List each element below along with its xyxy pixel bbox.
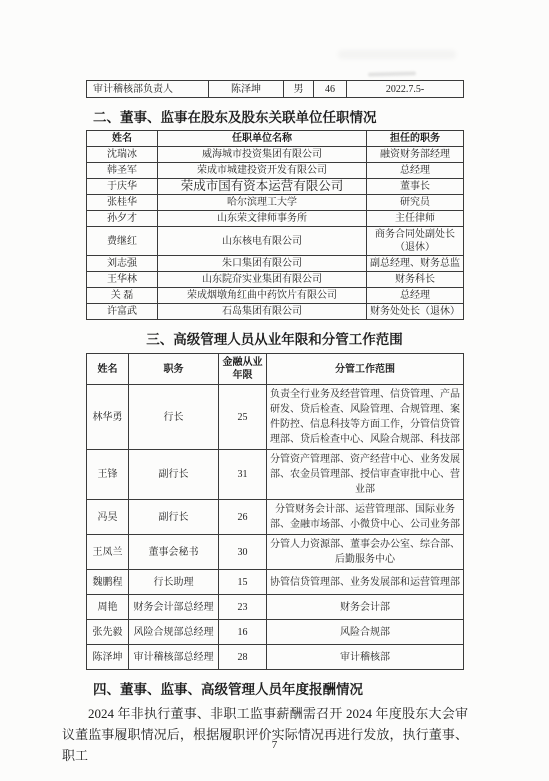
table-cell: 王华林 — [87, 272, 158, 288]
table-cell: 主任律师 — [367, 211, 464, 227]
table-cell: 韩圣军 — [87, 163, 158, 179]
table-cell: 风险合规部 — [267, 620, 464, 645]
table-cell: 周艳 — [87, 595, 129, 620]
table-cell: 审计稽核部负责人 — [87, 81, 209, 98]
table-cell: 研究员 — [367, 195, 464, 211]
table-cell: 46 — [314, 81, 347, 98]
table-cell: 山东核电有限公司 — [158, 227, 367, 256]
table-row: 张先毅风险合规部总经理16风险合规部 — [87, 620, 464, 645]
table-cell: 总经理 — [367, 288, 464, 304]
header-row: 姓名职务金融从业年限分管工作范围 — [87, 354, 464, 385]
table-row: 沈瑞冰威海城市投资集团有限公司融资财务部经理 — [87, 147, 464, 163]
table-cell: 王锋 — [87, 450, 129, 500]
table-cell: 男 — [284, 81, 314, 98]
table-cell: 费继红 — [87, 227, 158, 256]
senior-management-table: 姓名职务金融从业年限分管工作范围林华勇行长25负责全行业务及经营管理、信贷管理、… — [86, 353, 464, 670]
scan-smudge — [338, 50, 456, 59]
table-cell: 沈瑞冰 — [87, 147, 158, 163]
column-header: 分管工作范围 — [267, 354, 464, 385]
table-cell: 30 — [219, 535, 267, 570]
table-cell: 商务合同处副处长 （退休） — [367, 227, 464, 256]
table-cell: 山东院夼实业集团有限公司 — [158, 272, 367, 288]
table-cell: 孙夕才 — [87, 211, 158, 227]
table-cell: 31 — [219, 450, 267, 500]
table-row: 孙夕才山东荣文律师事务所主任律师 — [87, 211, 464, 227]
table-cell: 行长 — [129, 385, 219, 450]
table-cell: 分管资产管理部、资产经营中心、业务发展部、农金员管理部、授信审查审批中心、营业部 — [267, 450, 464, 500]
table-cell: 融资财务部经理 — [367, 147, 464, 163]
table-cell: 许富武 — [87, 304, 158, 320]
table-row: 王华林山东院夼实业集团有限公司财务科长 — [87, 272, 464, 288]
table-cell: 威海城市投资集团有限公司 — [158, 147, 367, 163]
table-cell: 石岛集团有限公司 — [158, 304, 367, 320]
table-row: 于庆华荣成市国有资本运营有限公司董事长 — [87, 179, 464, 195]
table-row: 许富武石岛集团有限公司财务处处长（退休） — [87, 304, 464, 320]
table-row: 刘志强朱口集团有限公司副总经理、财务总监 — [87, 256, 464, 272]
remuneration-paragraph: 2024 年非执行董事、非职工监事薪酬需召开 2024 年度股东大会审议董监事履… — [62, 703, 468, 766]
section-two-title: 二、董事、监事在股东及股东关联单位任职情况 — [86, 106, 463, 126]
table-cell: 董事会秘书 — [129, 535, 219, 570]
table-cell: 副行长 — [129, 450, 219, 500]
column-header: 担任的职务 — [367, 131, 464, 147]
section-three-title: 三、高级管理人员从业年限和分管工作范围 — [86, 328, 463, 348]
audit-officer-row-table: 审计稽核部负责人陈泽坤男462022.7.5- — [86, 80, 464, 98]
table-row: 王凤兰董事会秘书30分管人力资源部、董事会办公室、综合部、后勤服务中心 — [87, 535, 464, 570]
scan-smudge — [368, 71, 416, 76]
table-cell: 15 — [219, 570, 267, 595]
column-header: 任职单位名称 — [158, 131, 367, 147]
table-cell: 荣成市城建投资开发有限公司 — [158, 163, 367, 179]
table-cell: 陈泽坤 — [209, 81, 284, 98]
table-cell: 朱口集团有限公司 — [158, 256, 367, 272]
table-cell: 荣成市国有资本运营有限公司 — [158, 179, 367, 195]
table-cell: 于庆华 — [87, 179, 158, 195]
table-cell: 副总经理、财务总监 — [367, 256, 464, 272]
table-cell: 审计稽核部 — [267, 645, 464, 670]
table-cell: 总经理 — [367, 163, 464, 179]
page-number: 7 — [0, 739, 549, 751]
table-row: 审计稽核部负责人陈泽坤男462022.7.5- — [87, 81, 464, 98]
document-page: 审计稽核部负责人陈泽坤男462022.7.5- 二、董事、监事在股东及股东关联单… — [0, 0, 549, 781]
column-header: 职务 — [129, 354, 219, 385]
table-cell: 分管财务会计部、运营管理部、国际业务部、金融市场部、小微贷中心、公司业务部 — [267, 500, 464, 535]
table-cell: 财务科长 — [367, 272, 464, 288]
table-cell: 风险合规部总经理 — [129, 620, 219, 645]
table-row: 费继红山东核电有限公司商务合同处副处长 （退休） — [87, 227, 464, 256]
table-row: 张桂华哈尔滨理工大学研究员 — [87, 195, 464, 211]
table-cell: 审计稽核部总经理 — [129, 645, 219, 670]
table-cell: 2022.7.5- — [347, 81, 464, 98]
table-row: 魏鹏程行长助理15协管信贷管理部、业务发展部和运营管理部 — [87, 570, 464, 595]
table-cell: 冯昊 — [87, 500, 129, 535]
table-cell: 刘志强 — [87, 256, 158, 272]
table-cell: 张桂华 — [87, 195, 158, 211]
table-cell: 16 — [219, 620, 267, 645]
table-cell: 28 — [219, 645, 267, 670]
shareholder-positions-table: 姓名任职单位名称担任的职务沈瑞冰威海城市投资集团有限公司融资财务部经理韩圣军荣成… — [86, 130, 464, 320]
table-row: 冯昊副行长26分管财务会计部、运营管理部、国际业务部、金融市场部、小微贷中心、公… — [87, 500, 464, 535]
table-cell: 25 — [219, 385, 267, 450]
table-row: 关 磊荣成烟墩角红曲中药饮片有限公司总经理 — [87, 288, 464, 304]
table-row: 韩圣军荣成市城建投资开发有限公司总经理 — [87, 163, 464, 179]
table-cell: 山东荣文律师事务所 — [158, 211, 367, 227]
section-four-title: 四、董事、监事、高级管理人员年度报酬情况 — [86, 678, 463, 698]
table-cell: 财务会计部总经理 — [129, 595, 219, 620]
table-cell: 张先毅 — [87, 620, 129, 645]
table-cell: 副行长 — [129, 500, 219, 535]
table-row: 陈泽坤审计稽核部总经理28审计稽核部 — [87, 645, 464, 670]
table-row: 王锋副行长31分管资产管理部、资产经营中心、业务发展部、农金员管理部、授信审查审… — [87, 450, 464, 500]
header-row: 姓名任职单位名称担任的职务 — [87, 131, 464, 147]
table-cell: 王凤兰 — [87, 535, 129, 570]
table-cell: 负责全行业务及经营管理、信贷管理、产品研发、贷后检查、风险管理、合规管理、案件防… — [267, 385, 464, 450]
table-cell: 荣成烟墩角红曲中药饮片有限公司 — [158, 288, 367, 304]
table-cell: 财务处处长（退休） — [367, 304, 464, 320]
table-cell: 财务会计部 — [267, 595, 464, 620]
table-cell: 陈泽坤 — [87, 645, 129, 670]
table-cell: 关 磊 — [87, 288, 158, 304]
table-row: 周艳财务会计部总经理23财务会计部 — [87, 595, 464, 620]
table-cell: 协管信贷管理部、业务发展部和运营管理部 — [267, 570, 464, 595]
table-cell: 分管人力资源部、董事会办公室、综合部、后勤服务中心 — [267, 535, 464, 570]
table-cell: 26 — [219, 500, 267, 535]
column-header: 姓名 — [87, 354, 129, 385]
table-cell: 林华勇 — [87, 385, 129, 450]
table-row: 林华勇行长25负责全行业务及经营管理、信贷管理、产品研发、贷后检查、风险管理、合… — [87, 385, 464, 450]
table-cell: 哈尔滨理工大学 — [158, 195, 367, 211]
column-header: 姓名 — [87, 131, 158, 147]
column-header: 金融从业年限 — [219, 354, 267, 385]
table-cell: 魏鹏程 — [87, 570, 129, 595]
table-cell: 行长助理 — [129, 570, 219, 595]
table-cell: 董事长 — [367, 179, 464, 195]
table-cell: 23 — [219, 595, 267, 620]
